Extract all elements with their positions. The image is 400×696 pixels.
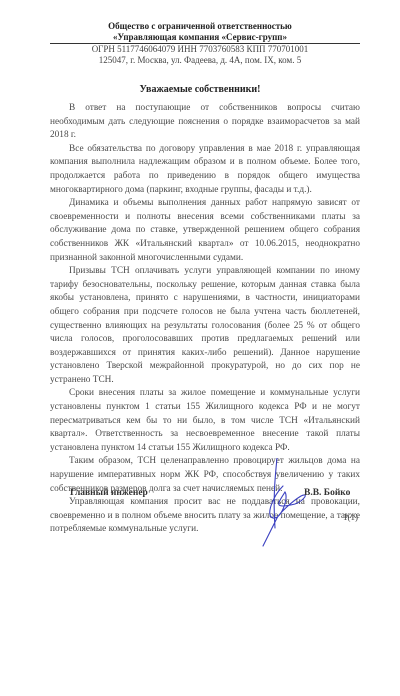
- org-name-line1: Общество с ограниченной ответственностью: [0, 21, 400, 32]
- signatory-title: Главный инженер: [70, 488, 148, 498]
- registration-numbers: ОГРН 5117746064079 ИНН 7703760583 КПП 77…: [0, 44, 400, 55]
- org-requisites: ОГРН 5117746064079 ИНН 7703760583 КПП 77…: [0, 44, 400, 65]
- paragraph: Динамика и объемы выполнения данных рабо…: [50, 197, 360, 265]
- org-address: 125047, г. Москва, ул. Фадеева, д. 4А, п…: [0, 55, 400, 66]
- greeting: Уважаемые собственники!: [0, 84, 400, 95]
- page-number: 1(1): [343, 512, 358, 522]
- paragraph: Все обязательства по договору управления…: [50, 143, 360, 197]
- handwritten-signature-icon: [255, 458, 315, 548]
- org-name-line2: «Управляющая компания «Сервис-групп»: [0, 32, 400, 43]
- signatory-name: В.В. Бойко: [304, 488, 350, 498]
- paragraph: В ответ на поступающие от собственников …: [50, 102, 360, 143]
- paragraph: Призывы ТСН оплачивать услуги управляюще…: [50, 265, 360, 387]
- paragraph: Сроки внесения платы за жилое помещение …: [50, 387, 360, 455]
- letterhead: Общество с ограниченной ответственностью…: [0, 21, 400, 42]
